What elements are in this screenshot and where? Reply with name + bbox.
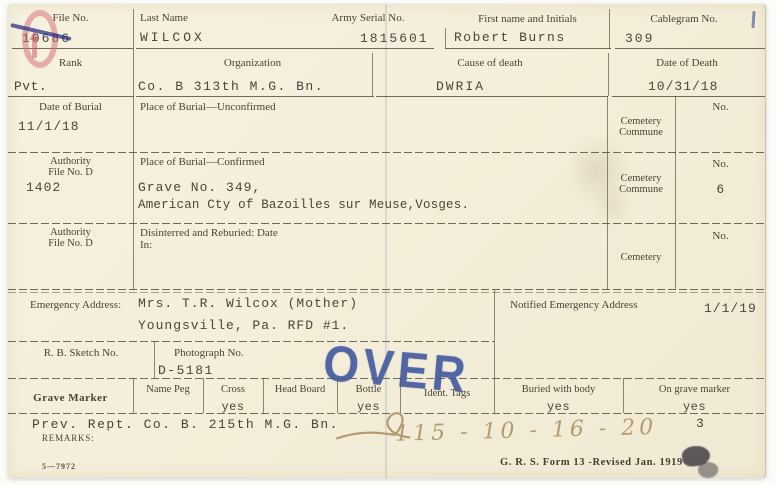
first-name-value: Robert Burns <box>454 30 566 45</box>
rule <box>8 96 134 97</box>
cross-label: Cross <box>203 384 263 395</box>
rule <box>372 53 373 96</box>
print-code: 5—7972 <box>42 462 76 471</box>
cemetery-commune-line2: Commune <box>619 127 663 138</box>
rule <box>154 341 155 378</box>
rank-value: Pvt. <box>14 79 47 94</box>
grave-line1: Grave No. 349, <box>138 180 261 195</box>
rule <box>445 48 611 49</box>
date-of-burial-label: Date of Burial <box>8 101 133 113</box>
authority-file-label: Authority File No. D <box>8 156 133 178</box>
date-of-death-value: 10/31/18 <box>648 79 718 94</box>
organization-label: Organization <box>133 57 372 69</box>
emergency-line2: Youngsville, Pa. RFD #1. <box>138 318 349 333</box>
pencil-numbers: 115 - 10 - 16 - 20 <box>395 415 658 447</box>
emergency-line1: Mrs. T.R. Wilcox (Mother) <box>138 296 358 311</box>
emergency-address-label: Emergency Address: <box>30 299 121 311</box>
no-label: No. <box>675 230 766 242</box>
place-confirmed-label: Place of Burial—Confirmed <box>140 156 265 168</box>
rule <box>609 9 610 49</box>
disinterred-label: Disinterred and Reburied: Date <box>140 227 278 239</box>
grave-marker-title: Grave Marker <box>8 392 133 404</box>
no-label: No. <box>675 158 766 170</box>
red-oval-stamp <box>22 10 58 68</box>
rule <box>8 292 766 293</box>
rule <box>136 48 434 49</box>
cemetery-commune-label: Cemetery Commune <box>607 173 675 195</box>
grave-line2: American Cty of Bazoilles sur Meuse,Vosg… <box>138 198 469 212</box>
remarks-label: REMARKS: <box>42 432 94 444</box>
date-of-death-label: Date of Death <box>608 57 766 69</box>
notified-date-value: 1/1/19 <box>704 301 757 316</box>
sketch-no-label: R. B. Sketch No. <box>8 347 154 359</box>
pencil-notation: 115 - 10 - 16 - 20 <box>332 400 668 461</box>
authority-line2: File No. D <box>48 238 93 249</box>
blue-pen-tick <box>751 11 755 28</box>
red-stamp-mark <box>32 38 37 58</box>
cemetery-commune-label: Cemetery Commune <box>607 116 675 138</box>
ink-stamp-mark <box>697 460 719 479</box>
prev-rept-value: Prev. Rept. Co. B. 215th M.G. Bn. <box>32 417 339 432</box>
no-label: No. <box>675 101 766 113</box>
commune-no-value: 6 <box>675 182 766 197</box>
form-id: G. R. S. Form 13 -Revised Jan. 1919 <box>500 457 683 468</box>
army-serial-value: 1815601 <box>360 31 429 46</box>
last-name-label: Last Name <box>140 12 188 24</box>
last-name-value: WILCOX <box>140 30 205 45</box>
authority-line1: Authority <box>50 156 91 167</box>
cemetery-label: Cemetery <box>607 252 675 263</box>
rule <box>445 28 446 49</box>
authority-line1: Authority <box>50 227 91 238</box>
photograph-no-value: D-5181 <box>158 363 214 378</box>
cemetery-commune-line2: Commune <box>619 184 663 195</box>
cause-of-death-value: DWRIA <box>436 79 485 94</box>
rule <box>133 96 134 290</box>
authority-file-label: Authority File No. D <box>8 227 133 249</box>
cablegram-value: 309 <box>625 31 654 46</box>
cause-of-death-label: Cause of death <box>372 57 608 69</box>
on-grave-marker-label: On grave marker <box>623 384 766 395</box>
rule <box>136 96 374 97</box>
cablegram-label: Cablegram No. <box>609 13 759 25</box>
scanned-burial-card-page: { "colors": { "card_bg": "#f4eeda", "pri… <box>0 0 776 485</box>
rule <box>612 96 765 97</box>
burial-record-card: File No. 10686 Last Name WILCOX Army Ser… <box>8 4 766 478</box>
cemetery-commune-line1: Cemetery <box>621 116 662 127</box>
rule <box>615 48 765 49</box>
rule <box>608 53 609 96</box>
cross-value: yes <box>203 400 263 414</box>
notified-emergency-label: Notified Emergency Address <box>510 299 638 311</box>
rule <box>8 223 766 224</box>
cemetery-commune-line1: Cemetery <box>621 173 662 184</box>
disinterred-in-label: In: <box>140 239 152 251</box>
date-of-burial-value: 11/1/18 <box>18 119 80 134</box>
photograph-no-label: Photograph No. <box>174 347 244 359</box>
buried-with-body-label: Buried with body <box>494 384 623 395</box>
first-name-label: First name and Initials <box>445 13 610 25</box>
rule <box>8 152 766 153</box>
authority-no-value: 1402 <box>26 180 61 195</box>
rule <box>376 96 608 97</box>
authority-line2: File No. D <box>48 167 93 178</box>
page-number: 3 <box>696 416 704 431</box>
organization-value: Co. B 313th M.G. Bn. <box>138 79 324 94</box>
place-unconfirmed-label: Place of Burial—Unconfirmed <box>140 101 276 113</box>
army-serial-label: Army Serial No. <box>293 12 443 24</box>
rule <box>8 289 766 290</box>
name-peg-label: Name Peg <box>133 384 203 395</box>
rule <box>133 9 134 96</box>
